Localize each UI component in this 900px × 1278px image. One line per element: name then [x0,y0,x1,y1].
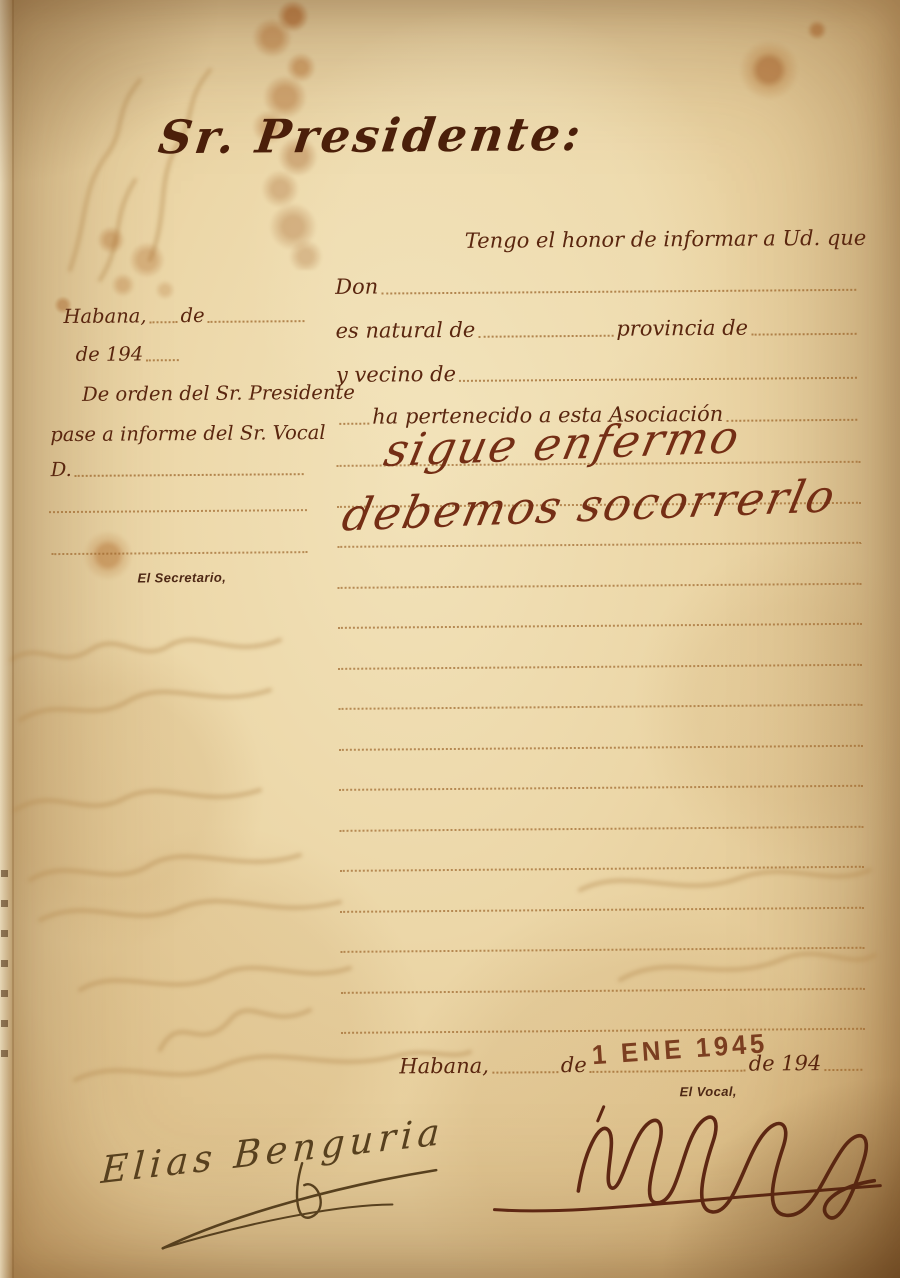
ruled-line [339,702,863,710]
ruled-line [51,549,307,555]
secretary-signature-flourish [144,1160,445,1257]
don-label: Don [335,275,378,299]
habana-label: Habana, [63,305,146,328]
handwritten-note-2: debemos socorrerlo [338,469,842,541]
field-row-vecino: y vecino de [336,359,860,387]
blank-field-line [459,375,857,382]
corner-shadow [640,1058,900,1278]
field-row-don: Don [335,271,859,299]
order-line-2: pase a informe del Sr. Vocal [50,422,325,447]
field-row-natural: es natural de provincia de [335,315,859,343]
blank-field-line [339,421,369,425]
ruled-line [341,986,865,994]
binding-stitches [1,870,8,1080]
salutation-line: Tengo el honor de informar a Ud. que [465,226,867,253]
de-194-label: de 194 [76,343,144,366]
margin-vocal-name-row: D. [51,457,307,481]
ruled-line [339,824,863,832]
margin-date-row: Habana, de [63,304,307,328]
margin-year-row: de 194 [76,343,182,366]
footer-de-label: de [561,1053,587,1077]
natural-de-label: es natural de [335,318,475,343]
blank-field-line [492,1069,558,1074]
blank-field-line [726,417,857,422]
ruled-line [339,783,863,791]
blank-field-line [381,287,856,295]
blank-field-line [146,358,179,362]
ruled-line [339,743,863,751]
footer-habana-label: Habana, [399,1054,489,1079]
blank-field-line [150,320,178,324]
corner-shadow [0,0,240,200]
order-line-1: De orden del Sr. Presidente [82,382,355,407]
provincia-de-label: provincia de [616,316,748,341]
ruled-line [340,864,864,872]
blank-field-line [751,331,857,336]
blank-field-line [478,333,613,338]
d-label: D. [51,459,72,482]
document-page: Sr. Presidente: Tengo el honor de inform… [0,0,900,1278]
secretario-label: El Secretario, [137,570,226,586]
ruled-line [338,581,862,589]
blank-field-line [75,472,304,478]
ruled-line [338,662,862,670]
blank-field-line [208,319,305,324]
de-label: de [180,305,204,328]
ruled-line [49,507,307,513]
ruled-line [338,621,862,629]
ruled-line [341,1026,865,1034]
ruled-line [337,540,861,548]
ruled-line [340,945,864,953]
ruled-line [340,905,864,913]
